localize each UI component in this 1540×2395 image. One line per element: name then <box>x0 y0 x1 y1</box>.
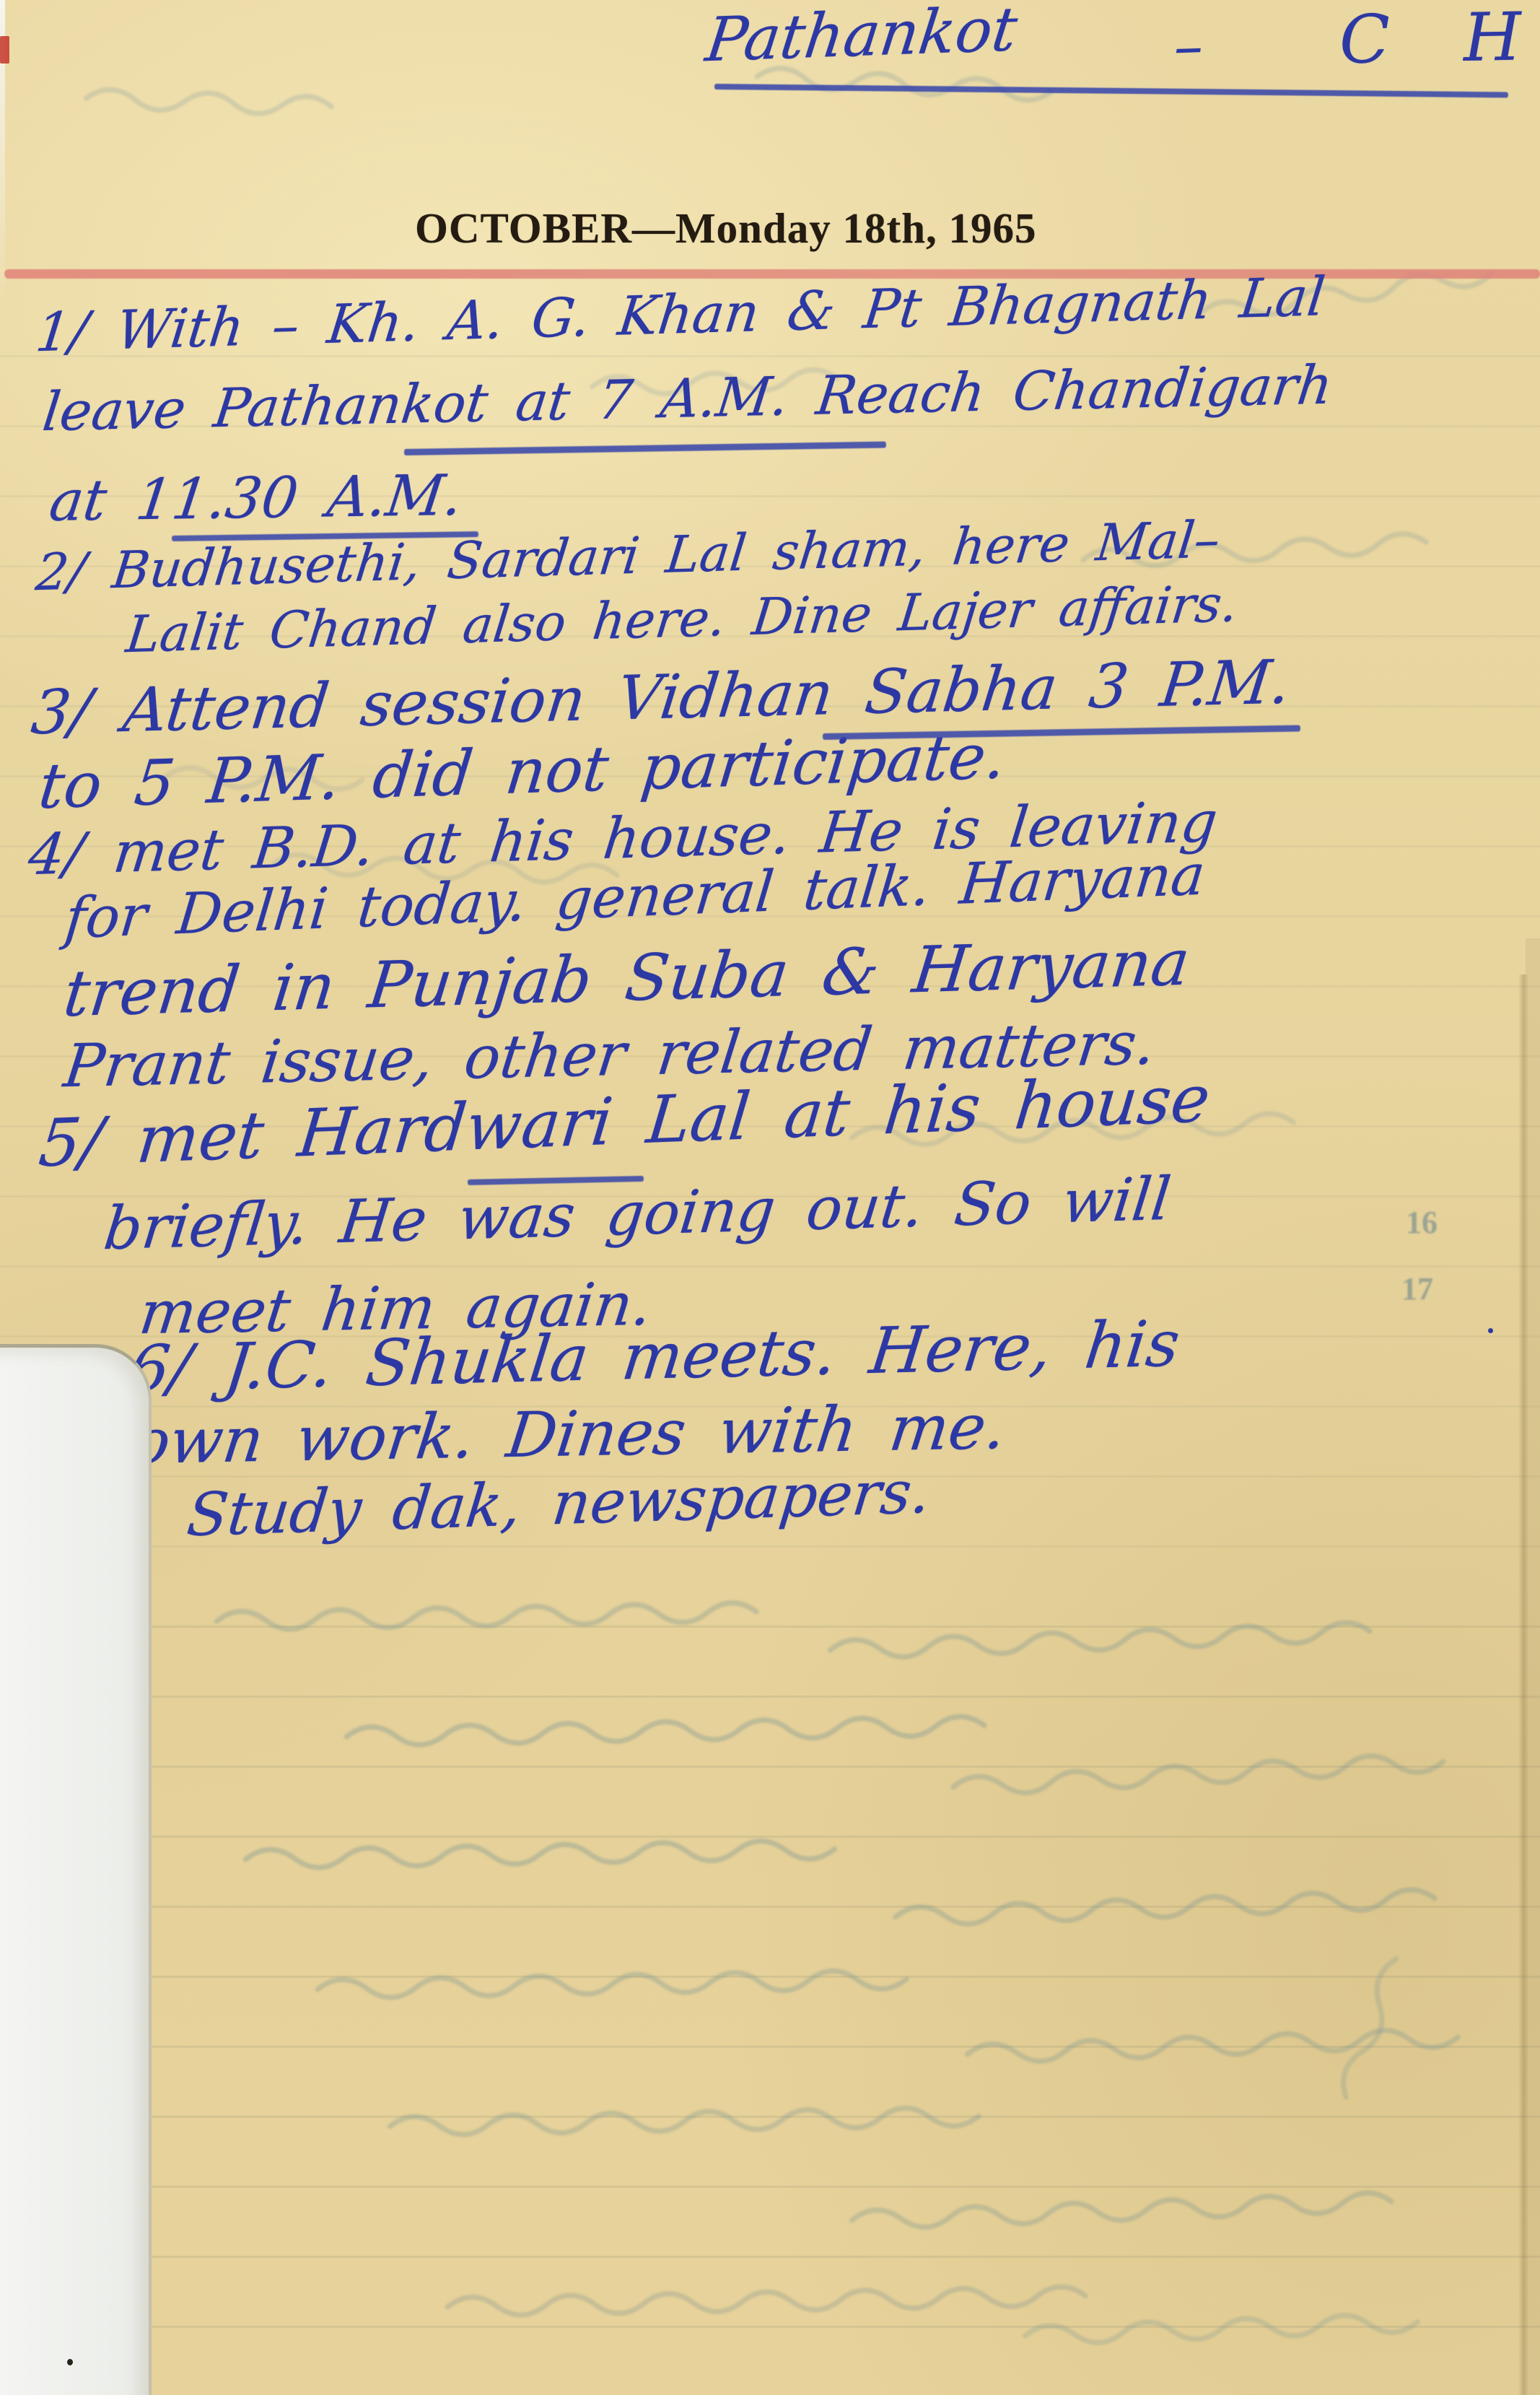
printed-date-heading: OCTOBER—Monday 18th, 1965 <box>415 204 1158 253</box>
handwritten-dash: – <box>1173 12 1204 80</box>
backing-sheet-notch <box>0 1344 152 2395</box>
ghost-page-number: 16 <box>1406 1204 1438 1241</box>
red-edge-mark <box>0 36 9 64</box>
ink-dot <box>1488 1328 1493 1333</box>
underlying-page-strip <box>1526 938 1540 2395</box>
handwritten-line: at 11.30 A.M. <box>46 463 466 534</box>
handwritten-place: Pathankot <box>702 0 1021 75</box>
paper-speck <box>67 2359 73 2365</box>
handwritten-region: C H <box>1339 0 1540 79</box>
scanned-diary-page: OCTOBER—Monday 18th, 1965 Pathankot – C … <box>0 0 1540 2395</box>
ghost-page-number: 17 <box>1401 1270 1433 1307</box>
